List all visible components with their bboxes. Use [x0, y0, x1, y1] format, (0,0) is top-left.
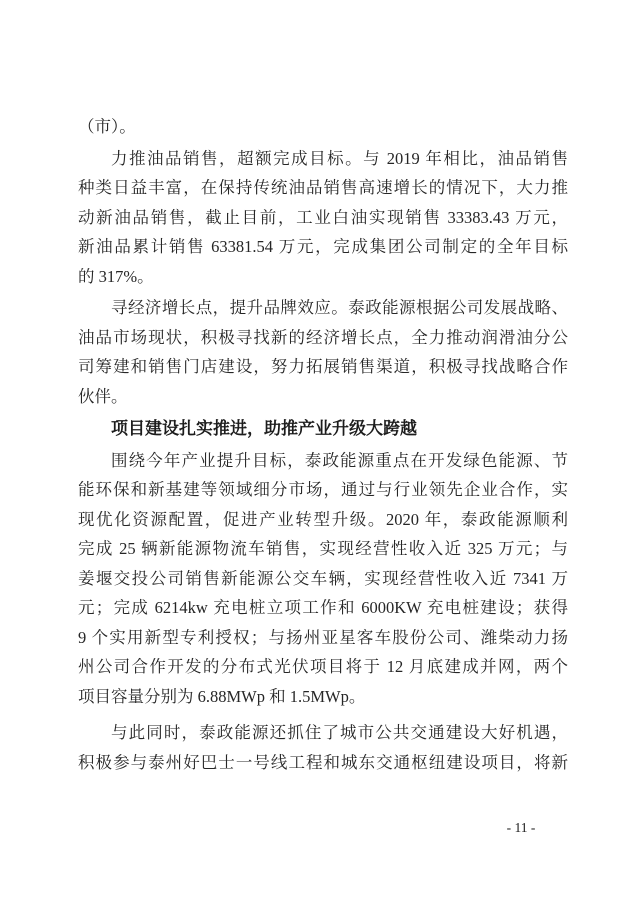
body-paragraph: 寻经济增长点，提升品牌效应。泰政能源根据公司发展战略、油品市场现状，积极寻找新的… [78, 293, 568, 411]
text-line: 力推油品销售，超额完成目标。与 2019 年相比，油品销售 [78, 144, 568, 174]
text-line: 姜堰交投公司销售新能源公交车辆，实现经营性收入近 7341 万 [78, 564, 568, 594]
text-line: 项目建设扎实推进，助推产业升级大跨越 [78, 414, 568, 444]
page-footer: - 11 - [471, 820, 571, 836]
body-paragraph: 与此同时，泰政能源还抓住了城市公共交通建设大好机遇，积极参与泰州好巴士一号线工程… [78, 718, 568, 777]
text-line: 完成 25 辆新能源物流车销售，实现经营性收入近 325 万元；与 [78, 534, 568, 564]
text-line: 围绕今年产业提升目标，泰政能源重点在开发绿色能源、节 [78, 446, 568, 476]
body-paragraph: （市）。 [78, 112, 568, 142]
text-line: 伙伴。 [78, 382, 568, 412]
text-line: 积极参与泰州好巴士一号线工程和城东交通枢纽建设项目，将新 [78, 748, 568, 778]
text-line: 油品市场现状，积极寻找新的经济增长点，全力推动润滑油分公 [78, 323, 568, 353]
text-line: （市）。 [78, 112, 568, 142]
document-page: （市）。力推油品销售，超额完成目标。与 2019 年相比，油品销售种类日益丰富，… [0, 0, 636, 900]
text-line: 州公司合作开发的分布式光伏项目将于 12 月底建成并网，两个 [78, 652, 568, 682]
body-paragraph: 围绕今年产业提升目标，泰政能源重点在开发绿色能源、节能环保和新基建等领域细分市场… [78, 446, 568, 712]
text-line: 种类日益丰富，在保持传统油品销售高速增长的情况下，大力推 [78, 173, 568, 203]
text-line: 现优化资源配置，促进产业转型升级。2020 年，泰政能源顺利 [78, 505, 568, 535]
text-line: 项目容量分别为 6.88MWp 和 1.5MWp。 [78, 682, 568, 712]
text-line: 司筹建和销售门店建设，努力拓展销售渠道，积极寻找战略合作 [78, 352, 568, 382]
section-heading: 项目建设扎实推进，助推产业升级大跨越 [78, 414, 568, 444]
text-line: 与此同时，泰政能源还抓住了城市公共交通建设大好机遇， [78, 718, 568, 748]
text-line: 元；完成 6214kw 充电桩立项工作和 6000KW 充电桩建设；获得 [78, 593, 568, 623]
text-line: 能环保和新基建等领域细分市场，通过与行业领先企业合作，实 [78, 475, 568, 505]
text-line: 寻经济增长点，提升品牌效应。泰政能源根据公司发展战略、 [78, 293, 568, 323]
document-body: （市）。力推油品销售，超额完成目标。与 2019 年相比，油品销售种类日益丰富，… [78, 112, 568, 777]
text-line: 动新油品销售，截止目前，工业白油实现销售 33383.43 万元， [78, 203, 568, 233]
text-line: 9 个实用新型专利授权；与扬州亚星客车股份公司、潍柴动力扬 [78, 623, 568, 653]
text-line: 新油品累计销售 63381.54 万元，完成集团公司制定的全年目标 [78, 232, 568, 262]
page-number: - 11 - [507, 820, 536, 835]
body-paragraph: 力推油品销售，超额完成目标。与 2019 年相比，油品销售种类日益丰富，在保持传… [78, 144, 568, 292]
text-line: 的 317%。 [78, 262, 568, 292]
